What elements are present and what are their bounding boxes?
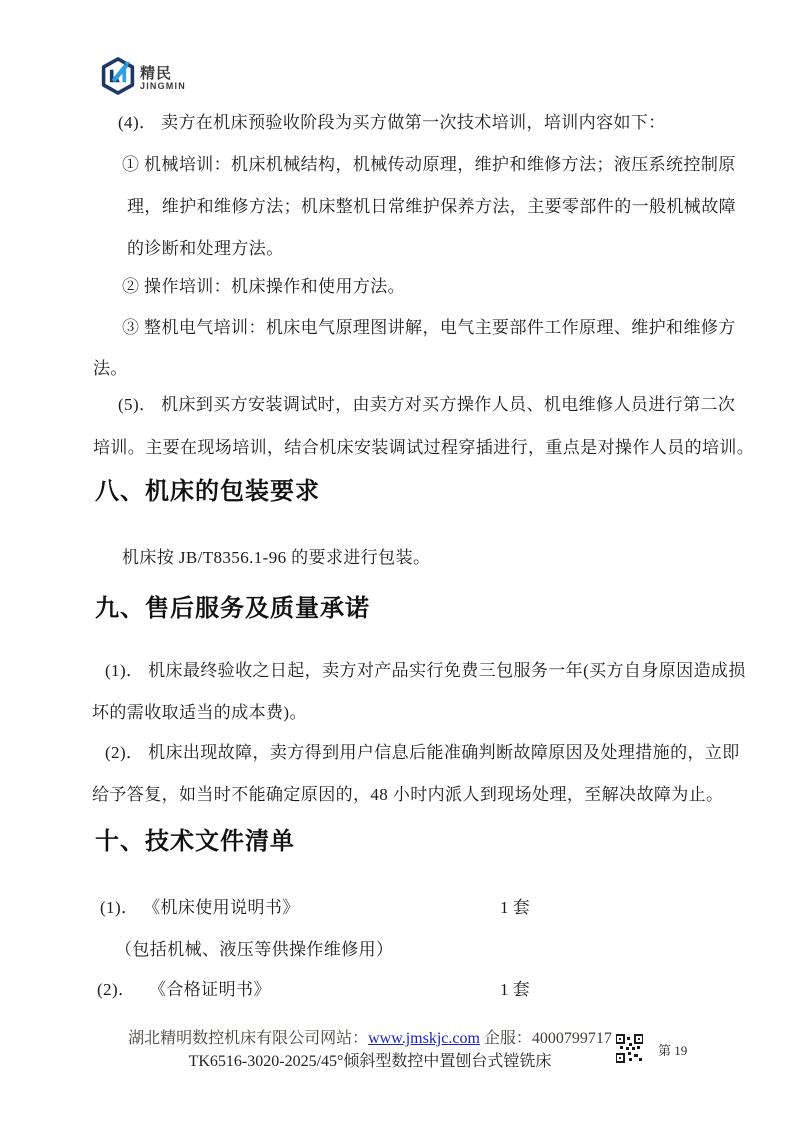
logo-name-zh: 精民 [140,66,186,81]
item-1-line-2: 理，维护和维修方法；机床整机日常维护保养方法，主要零部件的一般机械故障 [127,196,736,218]
document-page: 精民 JINGMIN (4)． 卖方在机床预验收阶段为买方做第一次技术培训，培训… [0,0,800,1131]
footer-product-line: TK6516-3020-2025/45°倾斜型数控中置刨台式镗铣床 [60,1052,680,1072]
doc-item-1-label: (1)． 《机床使用说明书》 [100,897,300,919]
section-9-heading: 九、售后服务及质量承诺 [95,595,370,623]
item-1-line-3: 的诊断和处理方法。 [127,238,284,260]
para-5-line-2: 培训。主要在现场培训，结合机床安装调试过程穿插进行，重点是对操作人员的培训。 [93,437,754,459]
doc-item-1-note: （包括机械、液压等供操作维修用） [115,939,393,961]
section-9-para-1-line-2: 坏的需收取适当的成本费)。 [92,702,307,724]
company-logo: 精民 JINGMIN [100,55,186,102]
page-number: 第 19 [658,1040,687,1059]
item-2-line: ② 操作培训：机床操作和使用方法。 [122,276,405,298]
section-9-para-2-line-2: 给予答复，如当时不能确定原因的，48 小时内派人到现场处理，至解决故障为止。 [92,784,723,806]
footer-website-link[interactable]: www.jmskjc.com [368,1030,480,1047]
logo-hexagon-icon [100,55,136,102]
section-9-para-2-line-1: (2)． 机床出现故障，卖方得到用户信息后能准确判断故障原因及处理措施的，立即 [105,742,740,764]
footer-company-text: 湖北精明数控机床有限公司网站： [128,1030,368,1047]
logo-name-en: JINGMIN [140,81,186,92]
footer-company-line: 湖北精明数控机床有限公司网站：www.jmskjc.com 企服：4000799… [60,1029,680,1049]
item-3-line-2: 法。 [93,358,128,380]
section-9-para-1-line-1: (1)． 机床最终验收之日起，卖方对产品实行免费三包服务一年(买方自身原因造成损 [105,660,746,682]
item-3-line-1: ③ 整机电气培训：机床电气原理图讲解，电气主要部件工作原理、维护和维修方 [122,317,736,339]
footer-service-text: 企服：4000799717 [480,1030,612,1047]
para-5-line-1: (5)． 机床到买方安装调试时，由卖方对买方操作人员、机电维修人员进行第二次 [118,394,735,416]
para-4-line: (4)． 卖方在机床预验收阶段为买方做第一次技术培训，培训内容如下： [118,112,666,134]
section-8-heading: 八、机床的包装要求 [95,478,320,506]
item-1-line-1: ① 机械培训：机床机械结构，机械传动原理，维护和维修方法；液压系统控制原 [122,154,736,176]
doc-item-2-qty: 1 套 [500,979,530,1001]
doc-item-1-qty: 1 套 [500,897,530,919]
doc-item-2-label: (2)． 《合格证明书》 [97,979,271,1001]
section-10-heading: 十、技术文件清单 [95,828,295,856]
qr-code-image [616,1033,643,1069]
logo-text: 精民 JINGMIN [140,66,186,92]
section-8-body: 机床按 JB/T8356.1-96 的要求进行包装。 [122,547,430,569]
